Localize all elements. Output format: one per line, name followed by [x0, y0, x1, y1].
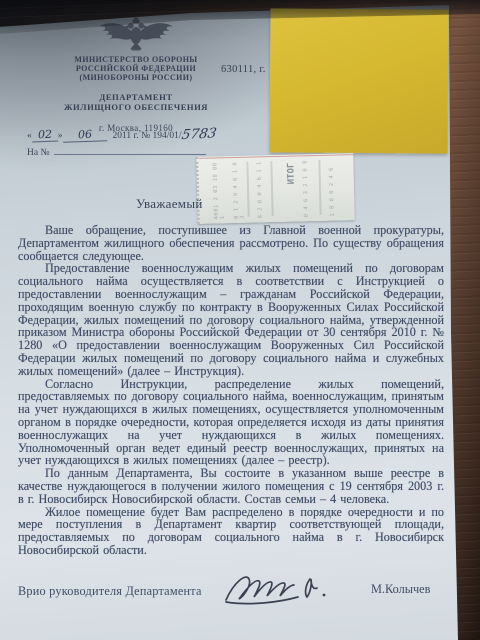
date-number-line: « 02 » 06 2011 г. № 194/01/ 5783 [27, 126, 257, 142]
ref-label: На № [27, 148, 50, 158]
signatory-title: Врио руководителя Департамента [18, 584, 202, 599]
handwritten-doc-number: 5783 [180, 125, 225, 143]
receipt-print-column: 4601 2 03 18 00 1 [212, 160, 225, 219]
body-paragraph: Согласно Инструкции, распределение жилых… [18, 378, 444, 468]
receipt-print-column: 1 8 0 0 2 4 6 [328, 158, 335, 217]
eagle-emblem-icon [97, 14, 175, 52]
reference-number-line: На № [27, 148, 206, 158]
letter-body: Ваше обращение, поступившее из Главной в… [18, 224, 444, 557]
receipt-print-column [270, 161, 273, 216]
receipt-print-column [318, 160, 321, 215]
ministry-name: МИНИСТЕРСТВО ОБОРОНЫ РОССИЙСКОЙ ФЕДЕРАЦИ… [30, 55, 242, 83]
letterhead: МИНИСТЕРСТВО ОБОРОНЫ РОССИЙСКОЙ ФЕДЕРАЦИ… [30, 14, 242, 133]
date-static: 2011 г. № 194/01/ [113, 131, 182, 141]
body-paragraph: Жилое помещение будет Вам распределено в… [18, 506, 444, 557]
quote-close: » [58, 131, 63, 141]
receipt-print-column [246, 162, 249, 217]
receipt-total-label: ИТОГ [286, 162, 297, 184]
ref-blank-line [54, 154, 206, 155]
body-paragraph: Предоставление военнослужащим жилых поме… [18, 262, 444, 377]
document-photo: { "letterhead": { "emblem_icon": "double… [0, 0, 480, 640]
body-paragraph: По данным Департамента, Вы состоите в ук… [18, 467, 444, 505]
handwritten-month: 06 [62, 127, 106, 143]
salutation: Уважаемый [136, 196, 203, 212]
receipt-print-column: 0 1 2 9 4 6 1 0 3 [232, 160, 245, 219]
body-paragraph: Ваше обращение, поступившее из Главной в… [18, 224, 444, 262]
department-name: ДЕПАРТАМЕНТ ЖИЛИЩНОГО ОБЕСПЕЧЕНИЯ [30, 92, 242, 112]
handwritten-day: 02 [32, 128, 58, 143]
receipt-print-column: 8 2 0 0 4 6 1 1 [256, 159, 263, 218]
handwritten-signature-icon [222, 566, 342, 614]
sticky-note [269, 8, 448, 153]
cash-receipt: 4601 2 03 18 00 1 0 1 2 9 4 6 1 0 3 8 2 … [196, 153, 355, 224]
receipt-print-column: 0 4 6 3 2 1 0 8 [302, 158, 309, 217]
signatory-name: М.Колычев [371, 582, 430, 597]
addressee-zip: 630111, г. [221, 64, 266, 75]
